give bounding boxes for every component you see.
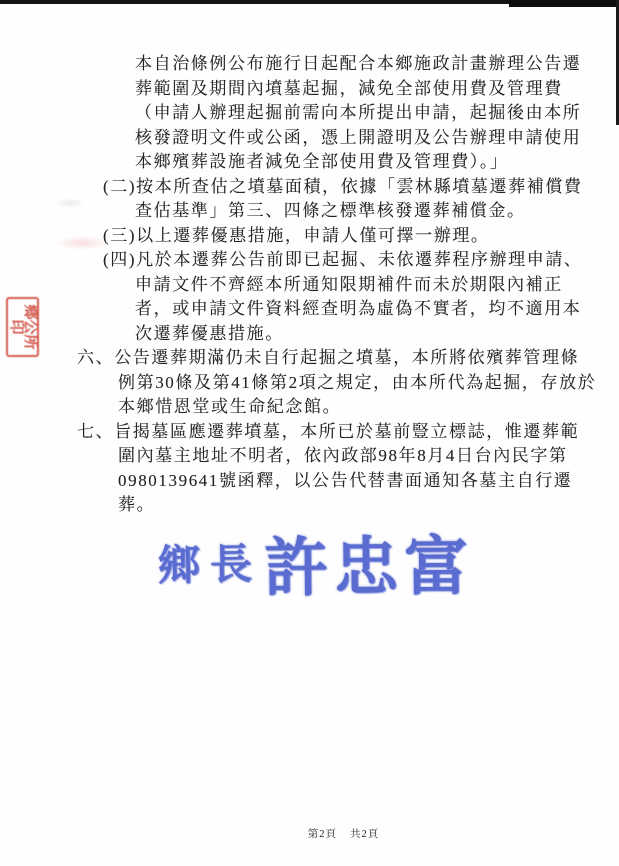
text-line: (三)以上遷葬優惠措施，申請人僅可擇一辦理。 <box>0 224 619 249</box>
text-line: 申請文件不齊經本所通知限期補件而未於期限內補正 <box>0 273 619 298</box>
text-line: 圍內墓主地址不明者，依內政部98年8月4日台內民字第 <box>0 444 619 469</box>
signature-name-text: 許忠富 <box>264 515 475 609</box>
text-line: 本鄉殯葬設施者減免全部使用費及管理費）。」 <box>0 150 619 175</box>
text-line: 者，或申請文件資料經查明為虛偽不實者，均不適用本 <box>0 297 619 322</box>
footer-page-number: 第2頁 <box>308 829 337 840</box>
text-line: 本鄉惜恩堂或生命紀念館。 <box>0 395 619 420</box>
text-line: 次遷葬優惠措施。 <box>0 322 619 347</box>
text-line: 0980139641號函釋，以公告代替書面通知各墓主自行遷 <box>0 469 619 494</box>
text-line: (二)按本所查估之墳墓面積，依據「雲林縣墳墓遷葬補償費 <box>0 175 619 200</box>
text-line: 例第30條及第41條第2項之規定，由本所代為起掘，存放於 <box>0 371 619 396</box>
signature-title-text: 鄉長 <box>157 531 262 593</box>
text-line: 查估基準」第三、四條之標準核發遷葬補償金。 <box>0 199 619 224</box>
page-footer: 第2頁共2頁 <box>0 826 619 841</box>
text-line: 核發證明文件或公函，憑上開證明及公告辦理申請使用 <box>0 126 619 151</box>
scan-edge-top-right <box>509 0 619 7</box>
footer-total-pages: 共2頁 <box>350 829 379 840</box>
scanned-document-page: 鄉公所印 本自治條例公布施行日起配合本鄉施政計畫辦理公告遷葬範圍及期間內墳墓起掘… <box>0 0 619 866</box>
mayor-signature-stamp: 鄉長 許忠富 <box>158 512 498 612</box>
document-body: 本自治條例公布施行日起配合本鄉施政計畫辦理公告遷葬範圍及期間內墳墓起掘，減免全部… <box>0 52 619 518</box>
text-line: (四)凡於本遷葬公告前即已起掘、未依遷葬程序辦理申請、 <box>0 248 619 273</box>
text-line: 七、旨揭墓區應遷葬墳墓，本所已於墓前豎立標誌，惟遷葬範 <box>0 420 619 445</box>
text-line: 本自治條例公布施行日起配合本鄉施政計畫辦理公告遷 <box>0 52 619 77</box>
text-line: 葬範圍及期間內墳墓起掘，減免全部使用費及管理費 <box>0 77 619 102</box>
text-line: 六、公告遷葬期滿仍未自行起掘之墳墓，本所將依殯葬管理條 <box>0 346 619 371</box>
text-line: （申請人辦理起掘前需向本所提出申請，起掘後由本所 <box>0 101 619 126</box>
